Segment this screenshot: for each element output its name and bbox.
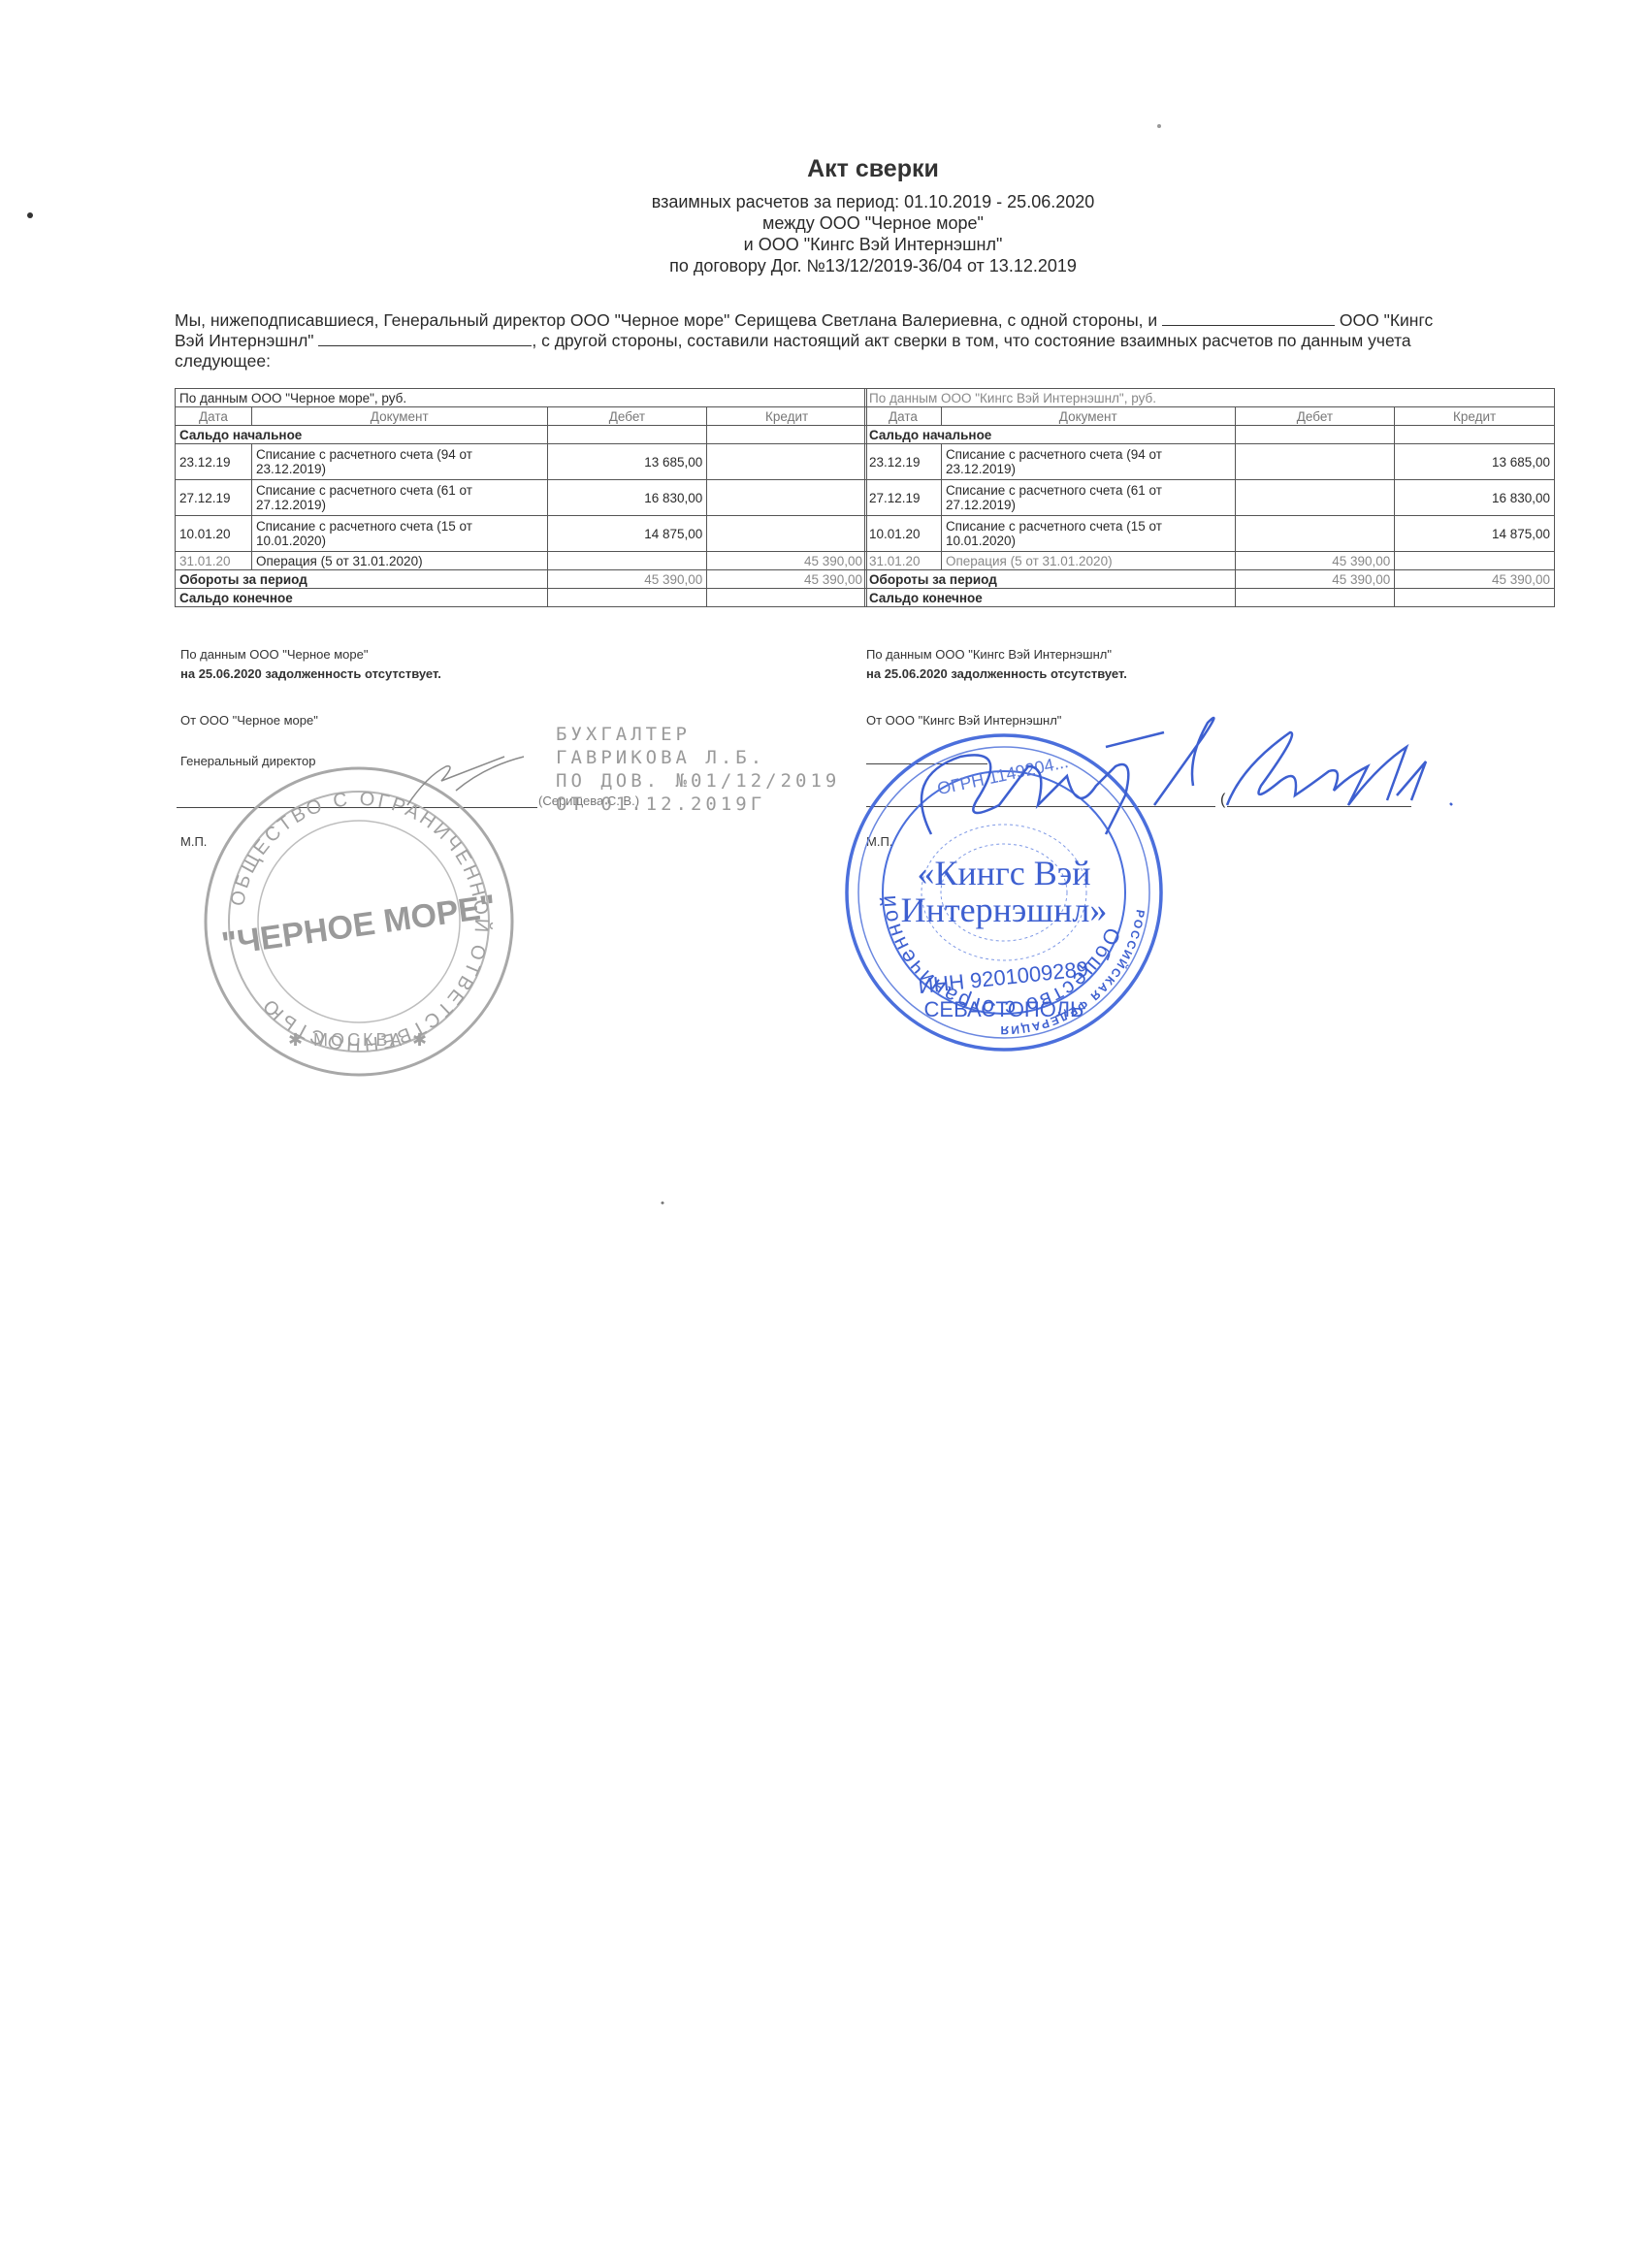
row-date: 10.01.20: [176, 516, 252, 552]
table-row: 23.12.19 Списание с расчетного счета (94…: [176, 444, 867, 480]
right-turnover-debit: 45 390,00: [1235, 570, 1395, 589]
scan-speck: [1157, 124, 1161, 128]
left-seal: ОБЩЕСТВО С ОГРАНИЧЕННОЙ ОТВЕТСТВЕННОСТЬЮ…: [206, 768, 512, 1075]
row-debit: [547, 552, 707, 570]
left-col-date: Дата: [176, 407, 252, 426]
right-reconciliation-table: По данным ООО "Кингс Вэй Интернэшнл", ру…: [864, 388, 1555, 607]
row-credit: 13 685,00: [1395, 444, 1555, 480]
table-row: 27.12.19 Списание с расчетного счета (61…: [176, 480, 867, 516]
row-debit: [1235, 516, 1395, 552]
left-turnover-debit: 45 390,00: [547, 570, 707, 589]
row-credit: [707, 444, 867, 480]
right-closing-balance-label: Сальдо конечное: [865, 589, 1236, 607]
left-seal-ring-text: ОБЩЕСТВО С ОГРАНИЧЕННОЙ ОТВЕТСТВЕННОСТЬЮ: [227, 789, 494, 1055]
intro-paragraph: Мы, нижеподписавшиеся, Генеральный дирек…: [175, 310, 1562, 372]
intro-blank-1: [1162, 313, 1335, 326]
row-date: 27.12.19: [865, 480, 942, 516]
right-signature-line: [866, 806, 1215, 807]
left-opening-debit: [547, 426, 707, 444]
right-opening-debit: [1235, 426, 1395, 444]
right-col-credit: Кредит: [1395, 407, 1555, 426]
intro-part2: ООО "Кингс: [1340, 310, 1433, 330]
right-table-caption: По данным ООО "Кингс Вэй Интернэшнл", ру…: [865, 389, 1555, 407]
row-debit: 16 830,00: [547, 480, 707, 516]
right-closing-debit: [1235, 589, 1395, 607]
subtitle-party-2: и ООО "Кингс Вэй Интернэшнл": [0, 235, 1649, 255]
left-col-document: Документ: [251, 407, 547, 426]
row-document: Списание с расчетного счета (15 от 10.01…: [251, 516, 547, 552]
left-signature-scribble: [407, 757, 524, 805]
right-turnover-credit: 45 390,00: [1395, 570, 1555, 589]
accountant-stamp: БУХГАЛТЕР ГАВРИКОВА Л.Б. ПО ДОВ. №01/12/…: [556, 723, 840, 816]
left-closing-credit: [707, 589, 867, 607]
right-col-debit: Дебет: [1235, 407, 1395, 426]
left-seal-center-text: "ЧЕРНОЕ МОРЕ": [219, 888, 498, 962]
row-date: 23.12.19: [865, 444, 942, 480]
right-col-document: Документ: [941, 407, 1235, 426]
row-document: Списание с расчетного счета (94 от 23.12…: [251, 444, 547, 480]
table-row: 31.01.20 Операция (5 от 31.01.2020) 45 3…: [865, 552, 1555, 570]
left-table-caption: По данным ООО "Черное море", руб.: [176, 389, 867, 407]
row-date: 27.12.19: [176, 480, 252, 516]
left-signature-from: От ООО "Черное море": [180, 713, 318, 728]
row-debit: 45 390,00: [1235, 552, 1395, 570]
table-row: 10.01.20 Списание с расчетного счета (15…: [176, 516, 867, 552]
right-turnover-label: Обороты за период: [865, 570, 1236, 589]
row-debit: [1235, 444, 1395, 480]
row-document: Списание с расчетного счета (15 от 10.01…: [941, 516, 1235, 552]
left-seal-label: М.П.: [180, 834, 207, 849]
row-date: 10.01.20: [865, 516, 942, 552]
row-date: 31.01.20: [176, 552, 252, 570]
left-reconciliation-table: По данным ООО "Черное море", руб. Дата Д…: [175, 388, 867, 607]
svg-text:РОССИЙСКАЯ ФЕДЕРАЦИЯ: РОССИЙСКАЯ ФЕДЕРАЦИЯ: [998, 909, 1147, 1037]
left-opening-balance-label: Сальдо начальное: [176, 426, 548, 444]
subtitle-party-1: между ООО "Черное море": [0, 213, 1649, 234]
right-opening-credit: [1395, 426, 1555, 444]
left-conclusion-line2: на 25.06.2020 задолженность отсутствует.: [180, 666, 441, 681]
right-opening-balance-label: Сальдо начальное: [865, 426, 1236, 444]
right-seal-outer-text: РОССИЙСКАЯ ФЕДЕРАЦИЯ: [998, 909, 1147, 1037]
row-credit: 14 875,00: [1395, 516, 1555, 552]
accountant-stamp-line2: ГАВРИКОВА Л.Б.: [556, 746, 840, 769]
intro-part1: Мы, нижеподписавшиеся, Генеральный дирек…: [175, 310, 1157, 330]
left-signature-position: Генеральный директор: [180, 754, 315, 768]
row-credit: [1395, 552, 1555, 570]
right-position-line: [866, 763, 987, 764]
right-signature-name-open: (: [1220, 792, 1225, 809]
right-seal-inn: ИНН 9201009289: [917, 956, 1089, 998]
table-row: 23.12.19 Списание с расчетного счета (94…: [865, 444, 1555, 480]
row-date: 23.12.19: [176, 444, 252, 480]
table-row: 31.01.20 Операция (5 от 31.01.2020) 45 3…: [176, 552, 867, 570]
accountant-stamp-line4: ОТ 01.12.2019Г: [556, 793, 840, 816]
left-closing-balance-label: Сальдо конечное: [176, 589, 548, 607]
left-seal-bottom-text: ✱ МОСКВА ✱: [288, 1030, 430, 1050]
right-seal-ogrn: ОГРН 1149204...: [935, 752, 1070, 798]
subtitle-period: взаимных расчетов за период: 01.10.2019 …: [0, 192, 1649, 212]
table-row: 10.01.20 Списание с расчетного счета (15…: [865, 516, 1555, 552]
intro-part5: следующее:: [175, 351, 1562, 372]
right-col-date: Дата: [865, 407, 942, 426]
accountant-stamp-line1: БУХГАЛТЕР: [556, 723, 840, 746]
row-debit: [1235, 480, 1395, 516]
right-seal-city: СЕВАСТОПОЛЬ: [924, 997, 1084, 1021]
document-title: Акт сверки: [0, 155, 1649, 183]
row-credit: 45 390,00: [707, 552, 867, 570]
right-conclusion-line1: По данным ООО "Кингс Вэй Интернэшнл": [866, 647, 1112, 662]
right-seal-label: М.П.: [866, 834, 892, 849]
row-date: 31.01.20: [865, 552, 942, 570]
intro-part3: Вэй Интернэшнл": [175, 331, 314, 350]
row-document: Списание с расчетного счета (61 от 27.12…: [251, 480, 547, 516]
row-credit: [707, 516, 867, 552]
left-closing-debit: [547, 589, 707, 607]
table-row: 27.12.19 Списание с расчетного счета (61…: [865, 480, 1555, 516]
left-conclusion-line1: По данным ООО "Черное море": [180, 647, 368, 662]
right-closing-credit: [1395, 589, 1555, 607]
right-signature-2: [1227, 732, 1452, 805]
left-opening-credit: [707, 426, 867, 444]
left-signature-line: [177, 807, 537, 808]
row-debit: 13 685,00: [547, 444, 707, 480]
row-document: Списание с расчетного счета (61 от 27.12…: [941, 480, 1235, 516]
row-document: Операция (5 от 31.01.2020): [941, 552, 1235, 570]
right-name-line: [1227, 806, 1411, 807]
accountant-stamp-line3: ПО ДОВ. №01/12/2019: [556, 769, 840, 793]
right-seal-center-line1: «Кингс Вэй: [917, 854, 1090, 892]
right-conclusion-line2: на 25.06.2020 задолженность отсутствует.: [866, 666, 1127, 681]
scan-speck: [662, 1202, 664, 1205]
left-col-credit: Кредит: [707, 407, 867, 426]
left-col-debit: Дебет: [547, 407, 707, 426]
row-debit: 14 875,00: [547, 516, 707, 552]
right-signature-1: [921, 718, 1213, 834]
right-signature-from: От ООО "Кингс Вэй Интернэшнл": [866, 713, 1061, 728]
svg-text:ОБЩЕСТВО С ОГРАНИЧЕННОЙ ОТВЕТС: ОБЩЕСТВО С ОГРАНИЧЕННОЙ ОТВЕТСТВЕННОСТЬЮ: [227, 789, 494, 1055]
intro-blank-2: [318, 334, 532, 346]
row-document: Операция (5 от 31.01.2020): [251, 552, 547, 570]
intro-part4: , с другой стороны, составили настоящий …: [532, 331, 1410, 350]
row-credit: 16 830,00: [1395, 480, 1555, 516]
left-turnover-credit: 45 390,00: [707, 570, 867, 589]
left-turnover-label: Обороты за период: [176, 570, 548, 589]
subtitle-contract: по договору Дог. №13/12/2019-36/04 от 13…: [0, 256, 1649, 276]
right-seal-center-line2: Интернэшнл»: [901, 891, 1108, 929]
row-document: Списание с расчетного счета (94 от 23.12…: [941, 444, 1235, 480]
row-credit: [707, 480, 867, 516]
